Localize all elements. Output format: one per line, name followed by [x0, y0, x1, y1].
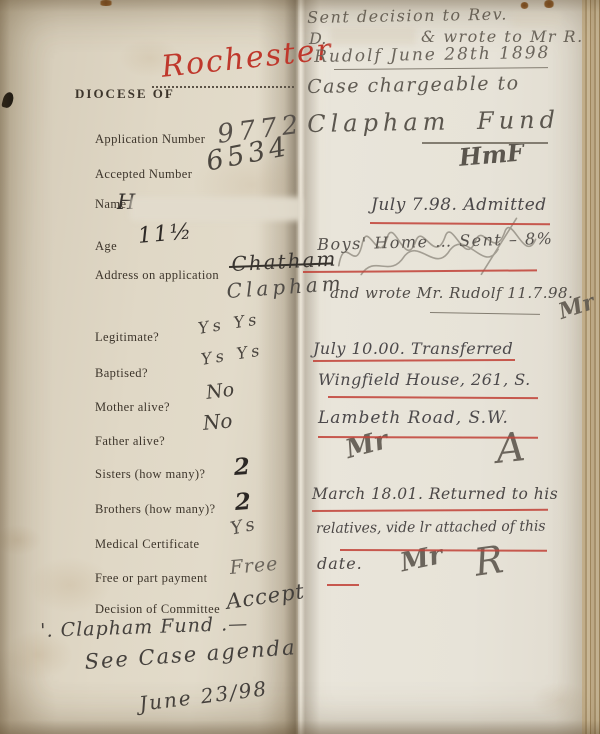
legitimate-label: Legitimate?: [95, 331, 159, 344]
returned-entry-3: date.: [317, 556, 363, 572]
brothers-label: Brothers (how many)?: [95, 503, 215, 516]
memo-line-3: Rudolf June 28th 1898: [314, 45, 551, 66]
payment-value: Free: [229, 555, 279, 578]
page-stack-edge: [582, 0, 600, 734]
medical-certificate-label: Medical Certificate: [95, 538, 199, 551]
rust-spot: [98, 0, 114, 6]
ledger-scan: DIOCESE OF Rochester Application Number …: [0, 0, 600, 734]
chargeable-line-2: Clapham Fund: [307, 108, 560, 136]
name-redaction-blur: [130, 197, 302, 221]
admitted-entry: July 7.98. Admitted: [371, 197, 547, 214]
memo-line-2b: & wrote to Mr R.: [421, 29, 584, 45]
age-label: Age: [95, 240, 117, 253]
payment-label: Free or part payment: [95, 572, 207, 585]
monogram-pencil-r: R: [472, 540, 506, 582]
application-number-label: Application Number: [95, 133, 205, 146]
memo-line-2a: D.: [309, 31, 326, 47]
mother-alive-label: Mother alive?: [95, 401, 170, 414]
diocese-dotted-rule: [152, 86, 294, 88]
fund-underline: [422, 142, 548, 144]
brothers-value: 2: [234, 490, 252, 514]
returned-red-underline-3: [327, 584, 359, 586]
memo-redaction-blur-1: [512, 12, 562, 27]
father-alive-label: Father alive?: [95, 435, 165, 448]
accepted-number-label: Accepted Number: [95, 168, 192, 181]
baptised-label: Baptised?: [95, 367, 148, 380]
sisters-value: 2: [233, 455, 251, 479]
monogram-pencil-a: A: [494, 427, 527, 470]
transfer-entry-3: Lambeth Road, S.W.: [318, 410, 509, 427]
initials-hmf: HmF: [458, 140, 525, 170]
wrote-rudolf-entry: and wrote Mr. Rudolf 11.7.98.: [330, 286, 573, 301]
memo-line-1: Sent decision to Rev.: [307, 6, 508, 26]
rust-spot: [520, 2, 529, 9]
returned-entry-1: March 18.01. Returned to his: [312, 487, 558, 503]
chargeable-line-1: Case chargeable to: [307, 74, 520, 97]
address-label: Address on application: [95, 269, 219, 282]
transfer-entry-2: Wingfield House, 261, S.: [318, 372, 531, 388]
sisters-label: Sisters (how many)?: [95, 468, 205, 481]
rust-spot: [543, 0, 555, 8]
age-value: 11½: [137, 221, 194, 248]
mother-alive-value: No: [205, 381, 235, 403]
memo-redaction-blur-2: [330, 27, 416, 45]
returned-entry-2: relatives, vide lr attached of this: [316, 520, 546, 537]
diocese-label: DIOCESE OF: [75, 87, 175, 100]
transfer-entry-1: July 10.00. Transferred: [313, 341, 513, 357]
father-alive-value: No: [202, 410, 233, 432]
